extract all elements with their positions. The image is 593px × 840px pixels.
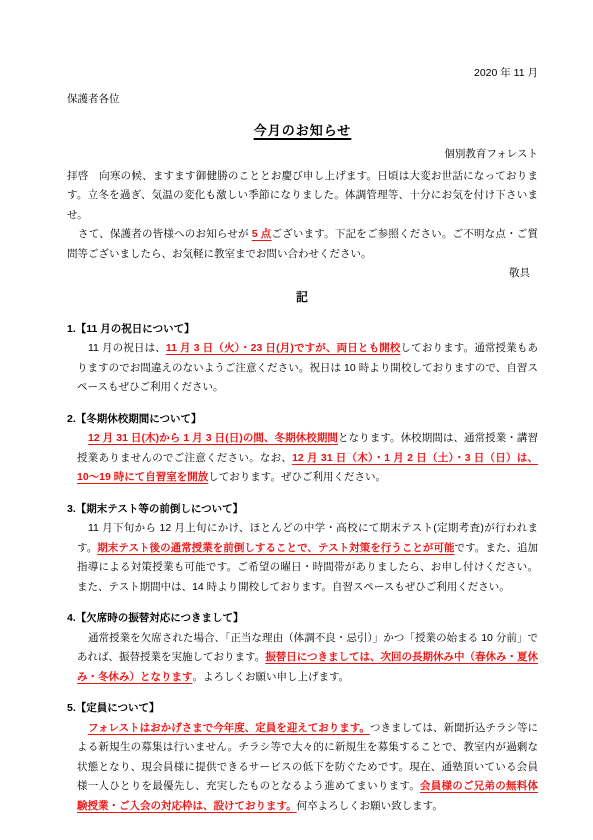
text-run: 拝啓 向寒の候、ますます御健勝のこととお慶び申し上げます。日頃は大変お世話になっ…	[67, 170, 538, 221]
notice-section: 4.【欠席時の振替対応につきまして】通常授業を欠席された場合、「正当な理由（体調…	[67, 609, 538, 687]
highlighted-text-run: 12 月 31 日(木)から 1 月 3 日(日)の間、冬期休校期間	[88, 432, 338, 444]
text-run: さて、保護者の皆様へのお知らせが	[78, 228, 252, 240]
text-run: 。よろしくお願い申し上げます。	[193, 671, 350, 683]
notice-section: 3.【期末テスト等の前倒しについて】11 月下旬から 12 月上旬にかけ、ほとん…	[67, 500, 538, 598]
intro-block: 拝啓 向寒の候、ますます御健勝のこととお慶び申し上げます。日頃は大変お世話になっ…	[67, 167, 538, 265]
section-heading: 1.【11 月の祝日について】	[67, 320, 538, 340]
document-page: 2020 年 11 月 保護者各位 今月のお知らせ 個別教育フォレスト 拝啓 向…	[0, 0, 593, 840]
section-body: 通常授業を欠席された場合、「正当な理由（体調不良・忌引）」かつ「授業の始まる 1…	[77, 629, 538, 688]
highlighted-text-run: 11 月 3 日（火）・23 日(月)ですが、両日とも開校	[166, 342, 401, 354]
notice-section: 5.【定員について】フォレストはおかげさまで今年度、定員を迎えております。つきま…	[67, 699, 538, 816]
section-body: フォレストはおかげさまで今年度、定員を迎えております。つきましては、新聞折込チラ…	[77, 719, 538, 817]
highlighted-text-run: フォレストはおかげさまで今年度、定員を迎えております。	[88, 722, 370, 734]
section-heading: 3.【期末テスト等の前倒しについて】	[67, 500, 538, 520]
text-run: 何卒よろしくお願い致します。	[297, 800, 443, 812]
closing-word: 敬具	[67, 264, 538, 284]
document-title: 今月のお知らせ	[67, 119, 538, 143]
highlighted-text-run: 期末テスト後の通常授業を前倒しすることで、テスト対策を行うことが可能	[97, 542, 454, 554]
highlighted-text-run: 5 点	[252, 228, 272, 240]
organization-name: 個別教育フォレスト	[67, 145, 538, 165]
section-heading: 4.【欠席時の振替対応につきまして】	[67, 609, 538, 629]
section-body: 12 月 31 日(木)から 1 月 3 日(日)の間、冬期休校期間となります。…	[77, 429, 538, 488]
section-heading: 2.【冬期休校期間について】	[67, 410, 538, 430]
document-title-text: 今月のお知らせ	[254, 123, 352, 138]
section-body: 11 月の祝日は、11 月 3 日（火）・23 日(月)ですが、両日とも開校して…	[77, 339, 538, 398]
issue-date: 2020 年 11 月	[67, 64, 538, 84]
sections-list: 1.【11 月の祝日について】11 月の祝日は、11 月 3 日（火）・23 日…	[67, 320, 538, 817]
record-marker: 記	[67, 287, 538, 308]
text-run: 11 月の祝日は、	[88, 342, 166, 354]
section-body: 11 月下旬から 12 月上旬にかけ、ほとんどの中学・高校にて期末テスト(定期考…	[77, 519, 538, 597]
intro-paragraph: 拝啓 向寒の候、ますます御健勝のこととお慶び申し上げます。日頃は大変お世話になっ…	[67, 167, 538, 226]
notice-section: 1.【11 月の祝日について】11 月の祝日は、11 月 3 日（火）・23 日…	[67, 320, 538, 398]
section-heading: 5.【定員について】	[67, 699, 538, 719]
recipient-line: 保護者各位	[67, 90, 538, 110]
intro-paragraph: さて、保護者の皆様へのお知らせが 5 点ございます。下記をご参照ください。ご不明…	[67, 225, 538, 264]
notice-section: 2.【冬期休校期間について】12 月 31 日(木)から 1 月 3 日(日)の…	[67, 410, 538, 488]
text-run: しております。ぜひご利用ください。	[208, 471, 386, 483]
